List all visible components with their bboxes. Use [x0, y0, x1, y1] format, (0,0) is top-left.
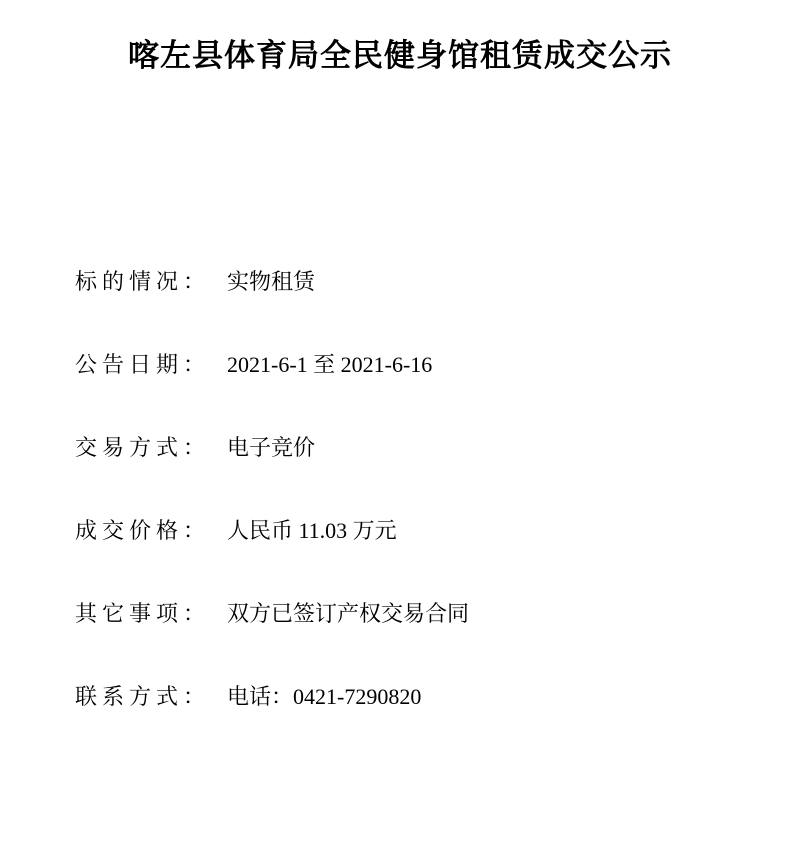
notice-field-list: 标的情况： 实物租赁 公告日期： 2021-6-1 至 2021-6-16 交易…	[75, 270, 760, 709]
field-value: 实物租赁	[227, 270, 315, 294]
row-other-matters: 其它事项： 双方已签订产权交易合同	[75, 602, 760, 626]
field-value: 双方已签订产权交易合同	[227, 602, 469, 626]
field-label: 公告日期：	[75, 353, 227, 377]
field-label: 其它事项：	[75, 602, 227, 626]
field-value: 电子竞价	[227, 436, 315, 460]
row-transaction-method: 交易方式： 电子竞价	[75, 436, 760, 460]
field-label: 交易方式：	[75, 436, 227, 460]
page-title: 喀左县体育局全民健身馆租赁成交公示	[0, 38, 800, 74]
notice-document-page: 喀左县体育局全民健身馆租赁成交公示 标的情况： 实物租赁 公告日期： 2021-…	[0, 0, 800, 842]
field-label: 成交价格：	[75, 519, 227, 543]
field-label: 标的情况：	[75, 270, 227, 294]
field-value: 人民币 11.03 万元	[227, 519, 397, 543]
row-contact-info: 联系方式： 电话：0421-7290820	[75, 685, 760, 709]
field-value: 电话：0421-7290820	[227, 685, 421, 709]
field-value: 2021-6-1 至 2021-6-16	[227, 353, 432, 377]
field-label: 联系方式：	[75, 685, 227, 709]
row-subject-status: 标的情况： 实物租赁	[75, 270, 760, 294]
row-announcement-date: 公告日期： 2021-6-1 至 2021-6-16	[75, 353, 760, 377]
row-deal-price: 成交价格： 人民币 11.03 万元	[75, 519, 760, 543]
